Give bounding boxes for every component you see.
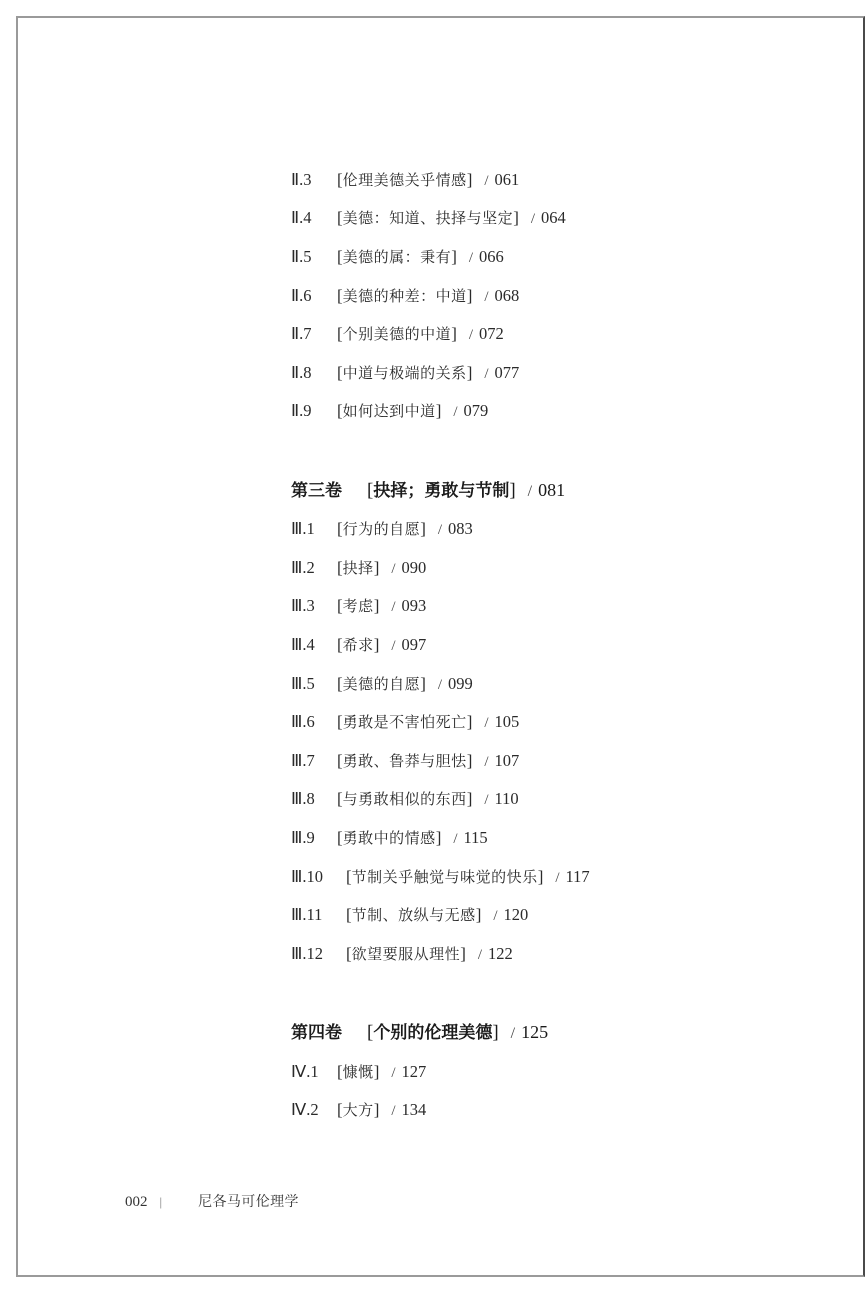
section-page-number: 117 bbox=[566, 867, 590, 886]
section-title: 与勇敢相似的东西 bbox=[343, 790, 467, 808]
section-page-number: 072 bbox=[479, 324, 504, 343]
page-separator: / bbox=[528, 481, 532, 503]
section-page-number: 099 bbox=[448, 674, 473, 693]
page-separator: / bbox=[438, 675, 442, 695]
section-number: Ⅱ.7 bbox=[291, 324, 337, 344]
section-number: Ⅲ.11 bbox=[291, 905, 346, 925]
page-separator: / bbox=[391, 1063, 395, 1083]
section-title: 美德的属：秉有 bbox=[343, 248, 452, 266]
chapter-title: 抉择；勇敢与节制 bbox=[373, 481, 509, 501]
section-title: 行为的自愿 bbox=[343, 520, 421, 538]
running-title: 尼各马可伦理学 bbox=[198, 1191, 299, 1211]
page-separator: / bbox=[391, 597, 395, 617]
toc-entry[interactable]: Ⅲ.8[与勇敢相似的东西]/110 bbox=[291, 789, 519, 810]
section-number: Ⅳ.1 bbox=[291, 1062, 337, 1082]
section-page-number: 122 bbox=[488, 944, 513, 963]
page-separator: / bbox=[484, 287, 488, 307]
toc-entry[interactable]: Ⅱ.6[美德的种差：中道]/068 bbox=[291, 286, 519, 307]
page-separator: / bbox=[478, 945, 482, 965]
bracket-close: ] bbox=[467, 363, 473, 382]
footer-separator: | bbox=[160, 1194, 163, 1210]
toc-entry[interactable]: Ⅱ.5[美德的属：秉有]/066 bbox=[291, 247, 504, 268]
page-footer: 002|尼各马可伦理学 bbox=[125, 1191, 299, 1211]
bracket-close: ] bbox=[374, 1062, 380, 1081]
bracket-close: ] bbox=[509, 480, 515, 501]
page-separator: / bbox=[555, 868, 559, 888]
toc-entry[interactable]: Ⅳ.2[大方]/134 bbox=[291, 1100, 426, 1121]
section-page-number: 066 bbox=[479, 247, 504, 266]
page-separator: / bbox=[391, 636, 395, 656]
section-title: 考虑 bbox=[343, 597, 374, 615]
section-title: 勇敢是不害怕死亡 bbox=[343, 713, 467, 731]
toc-entry[interactable]: Ⅱ.8[中道与极端的关系]/077 bbox=[291, 363, 519, 384]
bracket-close: ] bbox=[467, 170, 473, 189]
bracket-close: ] bbox=[460, 944, 466, 963]
section-number: Ⅲ.12 bbox=[291, 944, 346, 964]
section-number: Ⅱ.6 bbox=[291, 286, 337, 306]
section-page-number: 064 bbox=[541, 208, 566, 227]
toc-entry[interactable]: Ⅲ.4[希求]/097 bbox=[291, 635, 426, 656]
toc-entry[interactable]: Ⅲ.7[勇敢、鲁莽与胆怯]/107 bbox=[291, 751, 519, 772]
section-title: 欲望要服从理性 bbox=[352, 945, 461, 963]
bracket-close: ] bbox=[476, 905, 482, 924]
toc-entry[interactable]: Ⅱ.7[个别美德的中道]/072 bbox=[291, 324, 504, 345]
page-separator: / bbox=[453, 402, 457, 422]
section-title: 大方 bbox=[343, 1101, 374, 1119]
section-page-number: 105 bbox=[495, 712, 520, 731]
section-title: 勇敢、鲁莽与胆怯 bbox=[343, 752, 467, 770]
bracket-close: ] bbox=[467, 712, 473, 731]
section-number: Ⅲ.6 bbox=[291, 712, 337, 732]
section-title: 美德的自愿 bbox=[343, 675, 421, 693]
page-separator: / bbox=[469, 325, 473, 345]
page-separator: / bbox=[484, 171, 488, 191]
section-number: Ⅳ.2 bbox=[291, 1100, 337, 1120]
section-page-number: 090 bbox=[402, 558, 427, 577]
toc-entry[interactable]: Ⅲ.10[节制关乎触觉与味觉的快乐]/117 bbox=[291, 867, 590, 888]
section-title: 美德：知道、抉择与坚定 bbox=[343, 209, 514, 227]
page-separator: / bbox=[391, 1101, 395, 1121]
section-number: Ⅲ.5 bbox=[291, 674, 337, 694]
section-title: 节制关乎触觉与味觉的快乐 bbox=[352, 868, 538, 886]
bracket-close: ] bbox=[513, 208, 519, 227]
section-title: 慷慨 bbox=[343, 1063, 374, 1081]
section-title: 伦理美德关乎情感 bbox=[343, 171, 467, 189]
toc-entry[interactable]: Ⅲ.1[行为的自愿]/083 bbox=[291, 519, 473, 540]
toc-entry[interactable]: Ⅱ.9[如何达到中道]/079 bbox=[291, 401, 488, 422]
bracket-close: ] bbox=[451, 247, 457, 266]
page-number: 002 bbox=[125, 1194, 148, 1210]
section-number: Ⅲ.8 bbox=[291, 789, 337, 809]
section-number: Ⅱ.9 bbox=[291, 401, 337, 421]
chapter-page-number: 125 bbox=[521, 1022, 548, 1042]
section-number: Ⅲ.7 bbox=[291, 751, 337, 771]
toc-entry[interactable]: Ⅲ.6[勇敢是不害怕死亡]/105 bbox=[291, 712, 519, 733]
section-number: Ⅲ.3 bbox=[291, 596, 337, 616]
section-number: Ⅱ.3 bbox=[291, 170, 337, 190]
page-separator: / bbox=[531, 209, 535, 229]
toc-entry[interactable]: Ⅱ.4[美德：知道、抉择与坚定]/064 bbox=[291, 208, 566, 229]
section-number: Ⅲ.9 bbox=[291, 828, 337, 848]
bracket-close: ] bbox=[467, 789, 473, 808]
bracket-close: ] bbox=[436, 401, 442, 420]
bracket-close: ] bbox=[374, 635, 380, 654]
section-page-number: 097 bbox=[402, 635, 427, 654]
toc-entry[interactable]: Ⅱ.3[伦理美德关乎情感]/061 bbox=[291, 170, 519, 191]
page-separator: / bbox=[391, 559, 395, 579]
section-page-number: 061 bbox=[495, 170, 520, 189]
section-title: 节制、放纵与无感 bbox=[352, 906, 476, 924]
section-page-number: 079 bbox=[464, 401, 489, 420]
toc-entry[interactable]: Ⅲ.9[勇敢中的情感]/115 bbox=[291, 828, 488, 849]
section-title: 如何达到中道 bbox=[343, 402, 436, 420]
section-page-number: 127 bbox=[402, 1062, 427, 1081]
page-separator: / bbox=[484, 713, 488, 733]
chapter-title: 个别的伦理美德 bbox=[373, 1023, 492, 1043]
chapter-label: 第三卷 bbox=[291, 480, 367, 502]
section-page-number: 083 bbox=[448, 519, 473, 538]
section-page-number: 115 bbox=[464, 828, 488, 847]
section-page-number: 077 bbox=[495, 363, 520, 382]
section-title: 勇敢中的情感 bbox=[343, 829, 436, 847]
toc-chapter-heading[interactable]: 第四卷[个别的伦理美德]/125 bbox=[291, 1021, 548, 1045]
section-title: 个别美德的中道 bbox=[343, 325, 452, 343]
section-page-number: 120 bbox=[504, 905, 529, 924]
page-separator: / bbox=[493, 906, 497, 926]
bracket-close: ] bbox=[492, 1022, 498, 1043]
section-number: Ⅱ.4 bbox=[291, 208, 337, 228]
toc-entry[interactable]: Ⅲ.5[美德的自愿]/099 bbox=[291, 674, 473, 695]
bracket-close: ] bbox=[374, 596, 380, 615]
page-separator: / bbox=[438, 520, 442, 540]
bracket-close: ] bbox=[467, 286, 473, 305]
toc-entry[interactable]: Ⅲ.12[欲望要服从理性]/122 bbox=[291, 944, 513, 965]
section-title: 希求 bbox=[343, 636, 374, 654]
section-number: Ⅲ.2 bbox=[291, 558, 337, 578]
bracket-close: ] bbox=[467, 751, 473, 770]
chapter-page-number: 081 bbox=[538, 480, 565, 500]
bracket-close: ] bbox=[374, 1100, 380, 1119]
section-title: 美德的种差：中道 bbox=[343, 287, 467, 305]
toc-chapter-heading[interactable]: 第三卷[抉择；勇敢与节制]/081 bbox=[291, 479, 565, 503]
bracket-close: ] bbox=[420, 674, 426, 693]
section-number: Ⅲ.4 bbox=[291, 635, 337, 655]
bracket-close: ] bbox=[420, 519, 426, 538]
section-title: 抉择 bbox=[343, 559, 374, 577]
section-page-number: 107 bbox=[495, 751, 520, 770]
page-separator: / bbox=[484, 364, 488, 384]
bracket-close: ] bbox=[374, 558, 380, 577]
page-frame bbox=[16, 16, 865, 1277]
bracket-close: ] bbox=[538, 867, 544, 886]
page-separator: / bbox=[484, 790, 488, 810]
section-number: Ⅲ.10 bbox=[291, 867, 346, 887]
section-number: Ⅱ.5 bbox=[291, 247, 337, 267]
toc-entry[interactable]: Ⅲ.2[抉择]/090 bbox=[291, 558, 426, 579]
toc-entry[interactable]: Ⅳ.1[慷慨]/127 bbox=[291, 1062, 426, 1083]
section-number: Ⅲ.1 bbox=[291, 519, 337, 539]
section-page-number: 068 bbox=[495, 286, 520, 305]
page-separator: / bbox=[453, 829, 457, 849]
section-page-number: 134 bbox=[402, 1100, 427, 1119]
page-separator: / bbox=[484, 752, 488, 772]
toc-entry[interactable]: Ⅲ.3[考虑]/093 bbox=[291, 596, 426, 617]
page-separator: / bbox=[469, 248, 473, 268]
section-page-number: 093 bbox=[402, 596, 427, 615]
section-title: 中道与极端的关系 bbox=[343, 364, 467, 382]
section-number: Ⅱ.8 bbox=[291, 363, 337, 383]
chapter-label: 第四卷 bbox=[291, 1022, 367, 1044]
page-separator: / bbox=[511, 1023, 515, 1045]
toc-entry[interactable]: Ⅲ.11[节制、放纵与无感]/120 bbox=[291, 905, 528, 926]
section-page-number: 110 bbox=[495, 789, 519, 808]
bracket-close: ] bbox=[451, 324, 457, 343]
bracket-close: ] bbox=[436, 828, 442, 847]
